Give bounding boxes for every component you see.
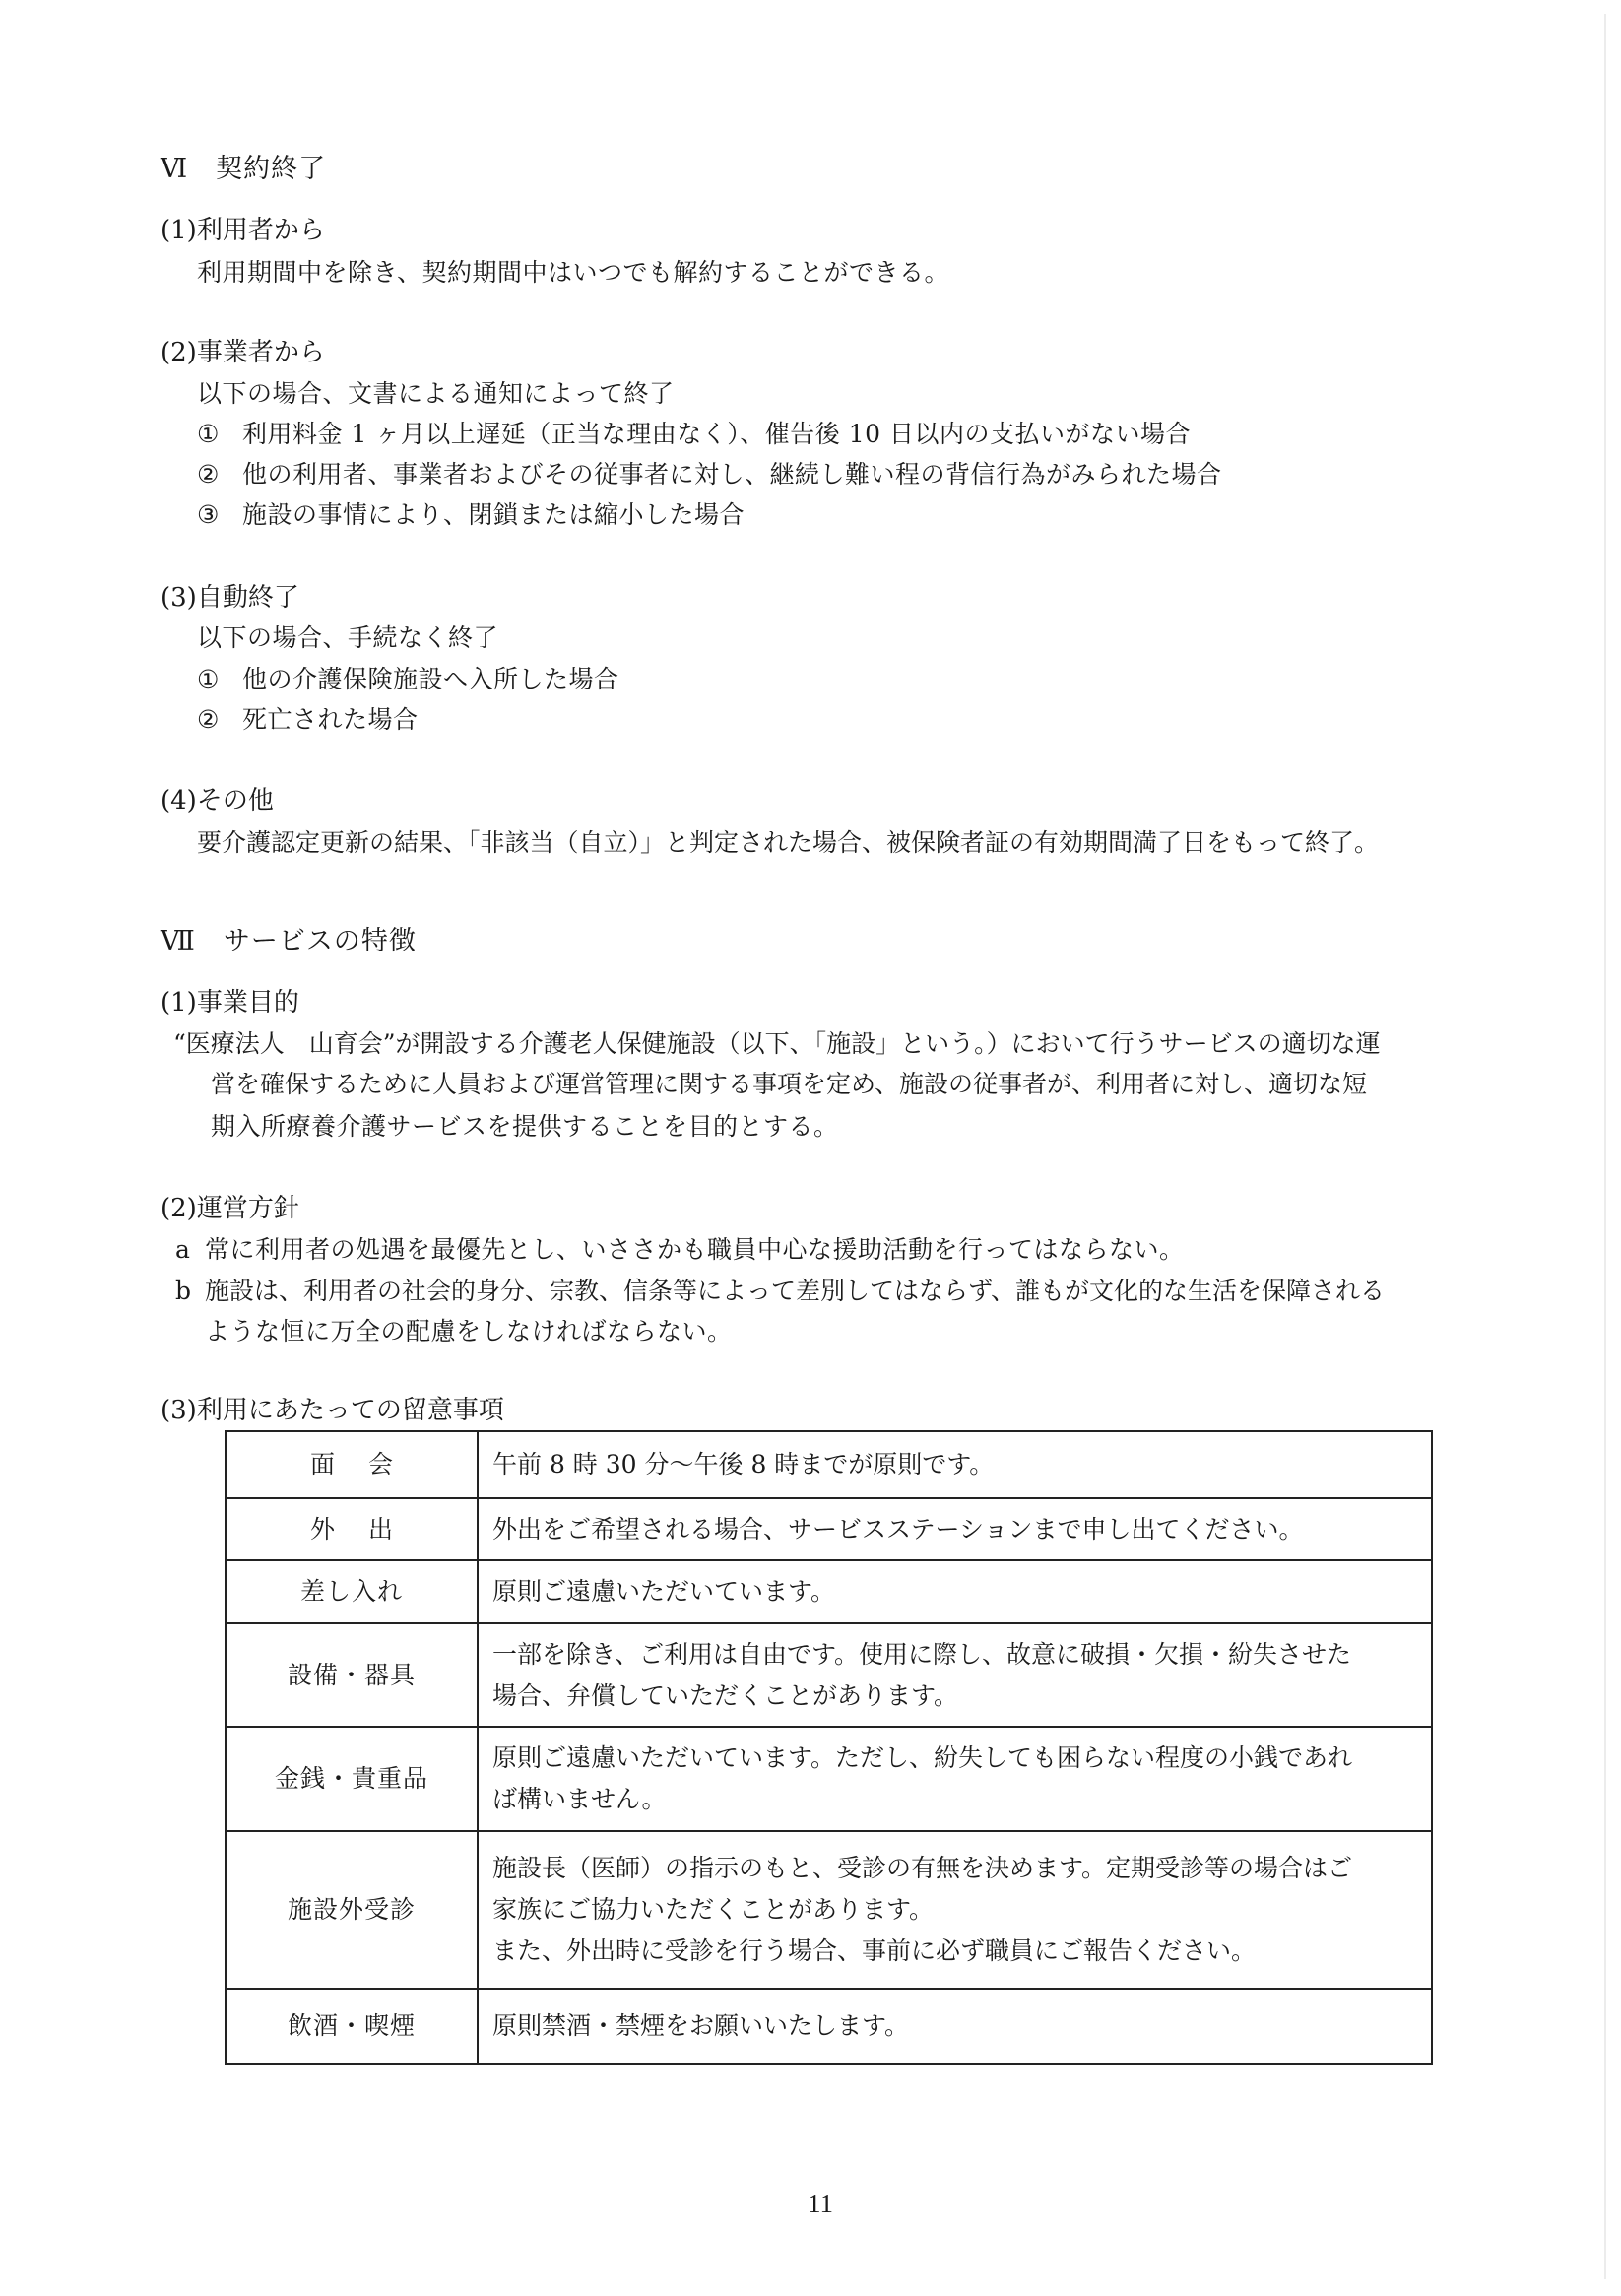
row-label: 施設外受診 [226, 1831, 478, 1989]
list-marker: ② [197, 462, 242, 487]
subsection-title-operating-policy: (2)運営方針 [161, 1196, 299, 1221]
subsection-title-from-user: (1)利用者から [161, 218, 325, 243]
row-label: 金銭・貴重品 [226, 1727, 478, 1831]
subsection-title-usage-notes: (3)利用にあたっての留意事項 [161, 1398, 504, 1423]
purpose-line-1: “医療法人 山育会”が開設する介護老人保健施設（以下、「施設」という。）において… [173, 1031, 1381, 1056]
purpose-line-2: 営を確保するために人員および運営管理に関する事項を定め、施設の従事者が、利用者に… [211, 1072, 1367, 1096]
list-marker: a [175, 1237, 205, 1262]
table-row: 外出 外出をご希望される場合、サービスステーションまで申し出てください。 [226, 1498, 1432, 1560]
list-item: ①他の介護保険施設へ入所した場合 [197, 667, 619, 691]
row-value: 原則ご遠慮いただいています。ただし、紛失しても困らない程度の小銭であれ ば構いま… [478, 1727, 1432, 1831]
list-text: 施設の事情により、閉鎖または縮小した場合 [242, 500, 745, 529]
list-item: ③施設の事情により、閉鎖または縮小した場合 [197, 502, 745, 527]
list-marker: ③ [197, 502, 242, 527]
row-label: 面会 [226, 1431, 478, 1498]
row-value: 午前 8 時 30 分～午後 8 時までが原則です。 [478, 1431, 1432, 1498]
subsection-title-automatic-termination: (3)自動終了 [161, 585, 299, 611]
row-value: 原則禁酒・禁煙をお願いいたします。 [478, 1989, 1432, 2064]
subsection-title-other: (4)その他 [161, 788, 274, 814]
list-text: 死亡された場合 [242, 705, 419, 734]
paragraph-from-user: 利用期間中を除き、契約期間中はいつでも解約することができる。 [197, 260, 949, 285]
scan-edge-line [1604, 14, 1606, 2279]
list-marker: ① [197, 422, 242, 446]
table-row: 設備・器具 一部を除き、ご利用は自由です。使用に際し、故意に破損・欠損・紛失させ… [226, 1623, 1432, 1727]
section-heading-service-features: Ⅶ サービスの特徴 [161, 928, 417, 954]
table-row: 面会 午前 8 時 30 分～午後 8 時までが原則です。 [226, 1431, 1432, 1498]
table-row: 差し入れ 原則ご遠慮いただいています。 [226, 1560, 1432, 1623]
paragraph-other: 要介護認定更新の結果、「非該当（自立）」と判定された場合、被保険者証の有効期間満… [197, 830, 1379, 855]
list-text: 他の利用者、事業者およびその従事者に対し、継続し難い程の背信行為がみられた場合 [242, 460, 1222, 489]
row-value: 施設長（医師）の指示のもと、受診の有無を決めます。定期受診等の場合はご 家族にご… [478, 1831, 1432, 1989]
row-value: 外出をご希望される場合、サービスステーションまで申し出てください。 [478, 1498, 1432, 1560]
list-text: 他の介護保険施設へ入所した場合 [242, 665, 619, 693]
table-row: 施設外受診 施設長（医師）の指示のもと、受診の有無を決めます。定期受診等の場合は… [226, 1831, 1432, 1989]
row-value: 一部を除き、ご利用は自由です。使用に際し、故意に破損・欠損・紛失させた 場合、弁… [478, 1623, 1432, 1727]
usage-notes-table: 面会 午前 8 時 30 分～午後 8 時までが原則です。 外出 外出をご希望さ… [225, 1430, 1433, 2065]
list-marker: ① [197, 667, 242, 691]
row-label: 差し入れ [226, 1560, 478, 1623]
list-text: ような恒に万全の配慮をしなければならない。 [205, 1317, 733, 1345]
row-label: 飲酒・喫煙 [226, 1989, 478, 2064]
row-label: 設備・器具 [226, 1623, 478, 1727]
page-number: 11 [808, 2189, 833, 2219]
list-item: ①利用料金 1 ヶ月以上遅延（正当な理由なく）、催告後 10 日以内の支払いがな… [197, 422, 1191, 446]
list-item: a常に利用者の処遇を最優先とし、いささかも職員中心な援助活動を行ってはならない。 [175, 1237, 1185, 1262]
list-item: b施設は、利用者の社会的身分、宗教、信条等によって差別してはならず、誰もが文化的… [175, 1279, 1385, 1303]
list-text: 施設は、利用者の社会的身分、宗教、信条等によって差別してはならず、誰もが文化的な… [205, 1277, 1385, 1305]
provider-intro: 以下の場合、文書による通知によって終了 [197, 381, 675, 406]
automatic-intro: 以下の場合、手続なく終了 [197, 625, 498, 650]
purpose-line-3: 期入所療養介護サービスを提供することを目的とする。 [211, 1114, 839, 1139]
row-label: 外出 [226, 1498, 478, 1560]
list-text: 常に利用者の処遇を最優先とし、いささかも職員中心な援助活動を行ってはならない。 [205, 1235, 1185, 1264]
subsection-title-business-purpose: (1)事業目的 [161, 990, 299, 1016]
list-marker: ② [197, 707, 242, 732]
list-text: 利用料金 1 ヶ月以上遅延（正当な理由なく）、催告後 10 日以内の支払いがない… [242, 420, 1191, 448]
list-item: ②他の利用者、事業者およびその従事者に対し、継続し難い程の背信行為がみられた場合 [197, 462, 1222, 487]
list-marker: b [175, 1279, 205, 1303]
subsection-title-from-provider: (2)事業者から [161, 340, 325, 365]
list-item: ②死亡された場合 [197, 707, 419, 732]
table-row: 飲酒・喫煙 原則禁酒・禁煙をお願いいたします。 [226, 1989, 1432, 2064]
table-row: 金銭・貴重品 原則ご遠慮いただいています。ただし、紛失しても困らない程度の小銭で… [226, 1727, 1432, 1831]
row-value: 原則ご遠慮いただいています。 [478, 1560, 1432, 1623]
section-heading-contract-termination: Ⅵ 契約終了 [161, 156, 326, 182]
list-item: ような恒に万全の配慮をしなければならない。 [175, 1319, 733, 1344]
